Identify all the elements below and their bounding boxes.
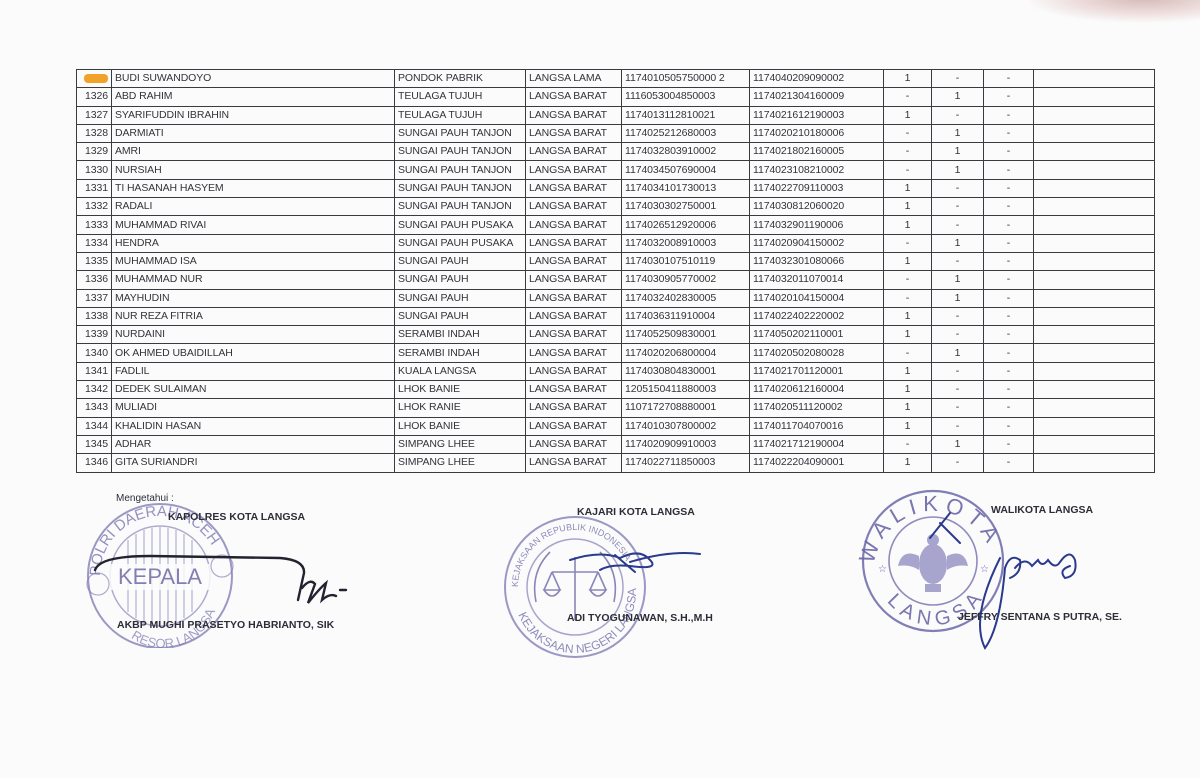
cell-f2: - xyxy=(932,216,984,234)
cell-f3: - xyxy=(984,198,1034,216)
cell-name: MUHAMMAD RIVAI xyxy=(112,216,395,234)
cell-kk: 1174032901190006 xyxy=(750,216,884,234)
cell-kec: LANGSA LAMA xyxy=(526,70,622,88)
cell-name: BUDI SUWANDOYO xyxy=(112,70,395,88)
cell-ket xyxy=(1034,88,1155,106)
cell-f2: 1 xyxy=(932,289,984,307)
cell-desa: SUNGAI PAUH xyxy=(395,307,526,325)
cell-ket xyxy=(1034,326,1155,344)
cell-ket xyxy=(1034,271,1155,289)
cell-nik: 1174030302750001 xyxy=(622,198,750,216)
cell-no: 1336 xyxy=(77,271,112,289)
cell-f3: - xyxy=(984,417,1034,435)
table-row: 1328DARMIATISUNGAI PAUH TANJONLANGSA BAR… xyxy=(77,124,1155,142)
police-title: KAPOLRES KOTA LANGSA xyxy=(168,511,305,523)
cell-f1: 1 xyxy=(884,417,932,435)
cell-ket xyxy=(1034,399,1155,417)
cell-kk: 1174021712190004 xyxy=(750,435,884,453)
cell-kk: 1174021701120001 xyxy=(750,362,884,380)
cell-nik: 1174030905770002 xyxy=(622,271,750,289)
cell-nik: 1107172708880001 xyxy=(622,399,750,417)
cell-nik: 1174026512920006 xyxy=(622,216,750,234)
cell-desa: SUNGAI PAUH PUSAKA xyxy=(395,216,526,234)
cell-f2: - xyxy=(932,252,984,270)
cell-no: 1329 xyxy=(77,143,112,161)
cell-nik: 1174032803910002 xyxy=(622,143,750,161)
cell-kec: LANGSA BARAT xyxy=(526,143,622,161)
cell-f2: - xyxy=(932,70,984,88)
cell-kec: LANGSA BARAT xyxy=(526,362,622,380)
cell-name: AMRI xyxy=(112,143,395,161)
cell-no: 1335 xyxy=(77,252,112,270)
cell-f1: 1 xyxy=(884,216,932,234)
cell-kk: 1174020210180006 xyxy=(750,124,884,142)
highlight-mark xyxy=(84,74,108,83)
cell-kk: 1174020511120002 xyxy=(750,399,884,417)
cell-kec: LANGSA BARAT xyxy=(526,271,622,289)
cell-kk: 1174022204090001 xyxy=(750,454,884,472)
cell-f2: 1 xyxy=(932,344,984,362)
cell-f2: - xyxy=(932,454,984,472)
cell-ket xyxy=(1034,179,1155,197)
cell-no: 1327 xyxy=(77,106,112,124)
cell-no: 1338 xyxy=(77,307,112,325)
cell-f2: 1 xyxy=(932,271,984,289)
cell-name: RADALI xyxy=(112,198,395,216)
cell-f2: 1 xyxy=(932,124,984,142)
cell-kec: LANGSA BARAT xyxy=(526,161,622,179)
cell-f3: - xyxy=(984,454,1034,472)
cell-desa: LHOK BANIE xyxy=(395,381,526,399)
cell-ket xyxy=(1034,106,1155,124)
table-row: 1346GITA SURIANDRISIMPANG LHEELANGSA BAR… xyxy=(77,454,1155,472)
cell-no: 1332 xyxy=(77,198,112,216)
cell-f2: - xyxy=(932,198,984,216)
cell-desa: SUNGAI PAUH TANJON xyxy=(395,124,526,142)
cell-nik: 1174052509830001 xyxy=(622,326,750,344)
cell-f2: - xyxy=(932,362,984,380)
cell-nik: 1174034101730013 xyxy=(622,179,750,197)
cell-f2: 1 xyxy=(932,143,984,161)
cell-nik: 1174010307800002 xyxy=(622,417,750,435)
cell-ket xyxy=(1034,70,1155,88)
cell-no: 1334 xyxy=(77,234,112,252)
cell-kk: 1174023108210002 xyxy=(750,161,884,179)
acknowledged-label: Mengetahui : xyxy=(116,493,174,504)
cell-kec: LANGSA BARAT xyxy=(526,435,622,453)
table-row: 1340OK AHMED UBAIDILLAHSERAMBI INDAHLANG… xyxy=(77,344,1155,362)
cell-ket xyxy=(1034,216,1155,234)
cell-f2: 1 xyxy=(932,435,984,453)
cell-kk: 1174021612190003 xyxy=(750,106,884,124)
cell-f2: 1 xyxy=(932,88,984,106)
cell-kec: LANGSA BARAT xyxy=(526,106,622,124)
cell-name: TI HASANAH HASYEM xyxy=(112,179,395,197)
cell-no: 1345 xyxy=(77,435,112,453)
cell-f1: - xyxy=(884,289,932,307)
cell-f3: - xyxy=(984,381,1034,399)
cell-kec: LANGSA BARAT xyxy=(526,307,622,325)
table-row: BUDI SUWANDOYOPONDOK PABRIKLANGSA LAMA11… xyxy=(77,70,1155,88)
cell-desa: PONDOK PABRIK xyxy=(395,70,526,88)
cell-ket xyxy=(1034,252,1155,270)
cell-name: OK AHMED UBAIDILLAH xyxy=(112,344,395,362)
cell-f3: - xyxy=(984,216,1034,234)
cell-f1: 1 xyxy=(884,252,932,270)
cell-name: GITA SURIANDRI xyxy=(112,454,395,472)
cell-name: MUHAMMAD ISA xyxy=(112,252,395,270)
cell-no: 1330 xyxy=(77,161,112,179)
cell-name: SYARIFUDDIN IBRAHIN xyxy=(112,106,395,124)
cell-f2: - xyxy=(932,417,984,435)
cell-nik: 1116053004850003 xyxy=(622,88,750,106)
cell-no: 1331 xyxy=(77,179,112,197)
cell-ket xyxy=(1034,161,1155,179)
mayor-signer-name: JEFFRY SENTANA S PUTRA, SE. xyxy=(958,611,1122,623)
cell-kec: LANGSA BARAT xyxy=(526,399,622,417)
cell-kec: LANGSA BARAT xyxy=(526,344,622,362)
cell-name: FADLIL xyxy=(112,362,395,380)
table-row: 1339NURDAINISERAMBI INDAHLANGSA BARAT117… xyxy=(77,326,1155,344)
cell-kec: LANGSA BARAT xyxy=(526,88,622,106)
cell-f1: 1 xyxy=(884,70,932,88)
table-row: 1345ADHARSIMPANG LHEELANGSA BARAT1174020… xyxy=(77,435,1155,453)
table-row: 1332RADALISUNGAI PAUH TANJONLANGSA BARAT… xyxy=(77,198,1155,216)
cell-name: HENDRA xyxy=(112,234,395,252)
cell-f1: 1 xyxy=(884,307,932,325)
cell-f1: - xyxy=(884,271,932,289)
cell-kec: LANGSA BARAT xyxy=(526,124,622,142)
cell-desa: SIMPANG LHEE xyxy=(395,454,526,472)
cell-desa: SUNGAI PAUH TANJON xyxy=(395,161,526,179)
cell-kec: LANGSA BARAT xyxy=(526,454,622,472)
cell-desa: SIMPANG LHEE xyxy=(395,435,526,453)
cell-nik: 1174030107510119 xyxy=(622,252,750,270)
page-smudge xyxy=(1030,0,1200,22)
cell-f2: - xyxy=(932,307,984,325)
cell-desa: LHOK RANIE xyxy=(395,399,526,417)
cell-nik: 1174032402830005 xyxy=(622,289,750,307)
cell-f3: - xyxy=(984,179,1034,197)
table-row: 1326ABD RAHIMTEULAGA TUJUHLANGSA BARAT11… xyxy=(77,88,1155,106)
table-row: 1333MUHAMMAD RIVAISUNGAI PAUH PUSAKALANG… xyxy=(77,216,1155,234)
cell-name: DEDEK SULAIMAN xyxy=(112,381,395,399)
cell-desa: SUNGAI PAUH xyxy=(395,252,526,270)
table-row: 1327SYARIFUDDIN IBRAHINTEULAGA TUJUHLANG… xyxy=(77,106,1155,124)
cell-ket xyxy=(1034,143,1155,161)
cell-f1: - xyxy=(884,234,932,252)
cell-desa: TEULAGA TUJUH xyxy=(395,88,526,106)
cell-f2: 1 xyxy=(932,234,984,252)
table-row: 1336MUHAMMAD NURSUNGAI PAUHLANGSA BARAT1… xyxy=(77,271,1155,289)
cell-kk: 1174020904150002 xyxy=(750,234,884,252)
cell-name: MULIADI xyxy=(112,399,395,417)
cell-desa: SUNGAI PAUH TANJON xyxy=(395,198,526,216)
cell-ket xyxy=(1034,124,1155,142)
cell-kk: 1174021304160009 xyxy=(750,88,884,106)
cell-f3: - xyxy=(984,271,1034,289)
cell-ket xyxy=(1034,435,1155,453)
cell-desa: TEULAGA TUJUH xyxy=(395,106,526,124)
table-row: 1334HENDRASUNGAI PAUH PUSAKALANGSA BARAT… xyxy=(77,234,1155,252)
cell-kk: 1174032301080066 xyxy=(750,252,884,270)
cell-kk: 1174022402220002 xyxy=(750,307,884,325)
cell-nik: 1174010505750000 2 xyxy=(622,70,750,88)
cell-desa: SUNGAI PAUH xyxy=(395,289,526,307)
cell-nik: 1205150411880003 xyxy=(622,381,750,399)
cell-kec: LANGSA BARAT xyxy=(526,179,622,197)
cell-f3: - xyxy=(984,399,1034,417)
cell-no: 1340 xyxy=(77,344,112,362)
prosecutor-signer-name: ADI TYOGUNAWAN, S.H.,M.H xyxy=(567,612,713,624)
cell-name: MAYHUDIN xyxy=(112,289,395,307)
cell-kec: LANGSA BARAT xyxy=(526,326,622,344)
cell-nik: 1174030804830001 xyxy=(622,362,750,380)
cell-no: 1346 xyxy=(77,454,112,472)
table-row: 1338NUR REZA FITRIASUNGAI PAUHLANGSA BAR… xyxy=(77,307,1155,325)
cell-kk: 1174030812060020 xyxy=(750,198,884,216)
cell-f3: - xyxy=(984,124,1034,142)
cell-no: 1328 xyxy=(77,124,112,142)
cell-f1: - xyxy=(884,161,932,179)
cell-ket xyxy=(1034,344,1155,362)
cell-no: 1333 xyxy=(77,216,112,234)
cell-nik: 1174022711850003 xyxy=(622,454,750,472)
cell-f3: - xyxy=(984,289,1034,307)
cell-f3: - xyxy=(984,161,1034,179)
table-row: 1343MULIADILHOK RANIELANGSA BARAT1107172… xyxy=(77,399,1155,417)
cell-nik: 1174013112810021 xyxy=(622,106,750,124)
cell-no: 1341 xyxy=(77,362,112,380)
cell-nik: 1174025212680003 xyxy=(622,124,750,142)
cell-f3: - xyxy=(984,344,1034,362)
mayor-signature xyxy=(910,498,1090,653)
cell-name: ADHAR xyxy=(112,435,395,453)
cell-desa: SERAMBI INDAH xyxy=(395,344,526,362)
prosecutor-signature xyxy=(560,540,710,590)
cell-name: NUR REZA FITRIA xyxy=(112,307,395,325)
cell-f1: 1 xyxy=(884,326,932,344)
table-row: 1335MUHAMMAD ISASUNGAI PAUHLANGSA BARAT1… xyxy=(77,252,1155,270)
cell-nik: 1174036311910004 xyxy=(622,307,750,325)
cell-f2: - xyxy=(932,381,984,399)
cell-f3: - xyxy=(984,435,1034,453)
table-row: 1341FADLILKUALA LANGSALANGSA BARAT117403… xyxy=(77,362,1155,380)
cell-f2: 1 xyxy=(932,161,984,179)
cell-f3: - xyxy=(984,143,1034,161)
table-row: 1329AMRISUNGAI PAUH TANJONLANGSA BARAT11… xyxy=(77,143,1155,161)
cell-kec: LANGSA BARAT xyxy=(526,252,622,270)
cell-desa: LHOK BANIE xyxy=(395,417,526,435)
cell-kec: LANGSA BARAT xyxy=(526,198,622,216)
cell-kk: 1174050202110001 xyxy=(750,326,884,344)
cell-kk: 1174020502080028 xyxy=(750,344,884,362)
cell-no: 1337 xyxy=(77,289,112,307)
cell-f2: - xyxy=(932,179,984,197)
cell-name: NURSIAH xyxy=(112,161,395,179)
cell-no: 1344 xyxy=(77,417,112,435)
cell-f1: - xyxy=(884,88,932,106)
cell-desa: KUALA LANGSA xyxy=(395,362,526,380)
cell-f1: 1 xyxy=(884,106,932,124)
cell-kk: 1174011704070016 xyxy=(750,417,884,435)
cell-f1: 1 xyxy=(884,381,932,399)
svg-text:☆: ☆ xyxy=(878,564,887,575)
cell-kk: 1174032011070014 xyxy=(750,271,884,289)
cell-name: NURDAINI xyxy=(112,326,395,344)
cell-no xyxy=(77,70,112,88)
cell-ket xyxy=(1034,362,1155,380)
cell-ket xyxy=(1034,454,1155,472)
cell-f3: - xyxy=(984,307,1034,325)
cell-desa: SUNGAI PAUH xyxy=(395,271,526,289)
cell-desa: SUNGAI PAUH PUSAKA xyxy=(395,234,526,252)
data-table: BUDI SUWANDOYOPONDOK PABRIKLANGSA LAMA11… xyxy=(76,69,1155,473)
prosecutor-title: KAJARI KOTA LANGSA xyxy=(577,506,695,518)
cell-kec: LANGSA BARAT xyxy=(526,216,622,234)
cell-f3: - xyxy=(984,362,1034,380)
cell-name: KHALIDIN HASAN xyxy=(112,417,395,435)
cell-f1: - xyxy=(884,344,932,362)
cell-no: 1326 xyxy=(77,88,112,106)
cell-f3: - xyxy=(984,88,1034,106)
cell-f2: - xyxy=(932,106,984,124)
cell-f1: 1 xyxy=(884,179,932,197)
cell-kec: LANGSA BARAT xyxy=(526,417,622,435)
table-row: 1344KHALIDIN HASANLHOK BANIELANGSA BARAT… xyxy=(77,417,1155,435)
cell-f1: 1 xyxy=(884,454,932,472)
cell-f3: - xyxy=(984,252,1034,270)
cell-f3: - xyxy=(984,234,1034,252)
cell-name: DARMIATI xyxy=(112,124,395,142)
cell-no: 1342 xyxy=(77,381,112,399)
cell-f2: - xyxy=(932,326,984,344)
cell-kk: 1174040209090002 xyxy=(750,70,884,88)
cell-kk: 1174020612160004 xyxy=(750,381,884,399)
cell-no: 1339 xyxy=(77,326,112,344)
police-signer-name: AKBP MUGHI PRASETYO HABRIANTO, SIK xyxy=(117,619,334,631)
cell-desa: SUNGAI PAUH TANJON xyxy=(395,143,526,161)
cell-name: MUHAMMAD NUR xyxy=(112,271,395,289)
cell-f2: - xyxy=(932,399,984,417)
cell-f1: 1 xyxy=(884,198,932,216)
cell-kk: 1174021802160005 xyxy=(750,143,884,161)
table-row: 1330NURSIAHSUNGAI PAUH TANJONLANGSA BARA… xyxy=(77,161,1155,179)
mayor-title: WALIKOTA LANGSA xyxy=(991,504,1093,516)
cell-ket xyxy=(1034,381,1155,399)
cell-f1: - xyxy=(884,435,932,453)
table-row: 1342DEDEK SULAIMANLHOK BANIELANGSA BARAT… xyxy=(77,381,1155,399)
cell-f3: - xyxy=(984,106,1034,124)
cell-desa: SERAMBI INDAH xyxy=(395,326,526,344)
cell-kk: 1174020104150004 xyxy=(750,289,884,307)
cell-kec: LANGSA BARAT xyxy=(526,381,622,399)
cell-kk: 1174022709110003 xyxy=(750,179,884,197)
cell-nik: 1174020206800004 xyxy=(622,344,750,362)
cell-no: 1343 xyxy=(77,399,112,417)
cell-ket xyxy=(1034,234,1155,252)
table-row: 1337MAYHUDINSUNGAI PAUHLANGSA BARAT11740… xyxy=(77,289,1155,307)
cell-name: ABD RAHIM xyxy=(112,88,395,106)
cell-f3: - xyxy=(984,70,1034,88)
cell-f1: 1 xyxy=(884,362,932,380)
cell-nik: 1174020909910003 xyxy=(622,435,750,453)
cell-f1: - xyxy=(884,124,932,142)
cell-ket xyxy=(1034,198,1155,216)
cell-kec: LANGSA BARAT xyxy=(526,234,622,252)
cell-ket xyxy=(1034,307,1155,325)
cell-kec: LANGSA BARAT xyxy=(526,289,622,307)
cell-nik: 1174034507690004 xyxy=(622,161,750,179)
police-signature xyxy=(90,548,360,618)
cell-ket xyxy=(1034,417,1155,435)
cell-ket xyxy=(1034,289,1155,307)
cell-nik: 1174032008910003 xyxy=(622,234,750,252)
cell-f3: - xyxy=(984,326,1034,344)
table-row: 1331TI HASANAH HASYEMSUNGAI PAUH TANJONL… xyxy=(77,179,1155,197)
cell-f1: - xyxy=(884,143,932,161)
cell-desa: SUNGAI PAUH TANJON xyxy=(395,179,526,197)
cell-f1: 1 xyxy=(884,399,932,417)
